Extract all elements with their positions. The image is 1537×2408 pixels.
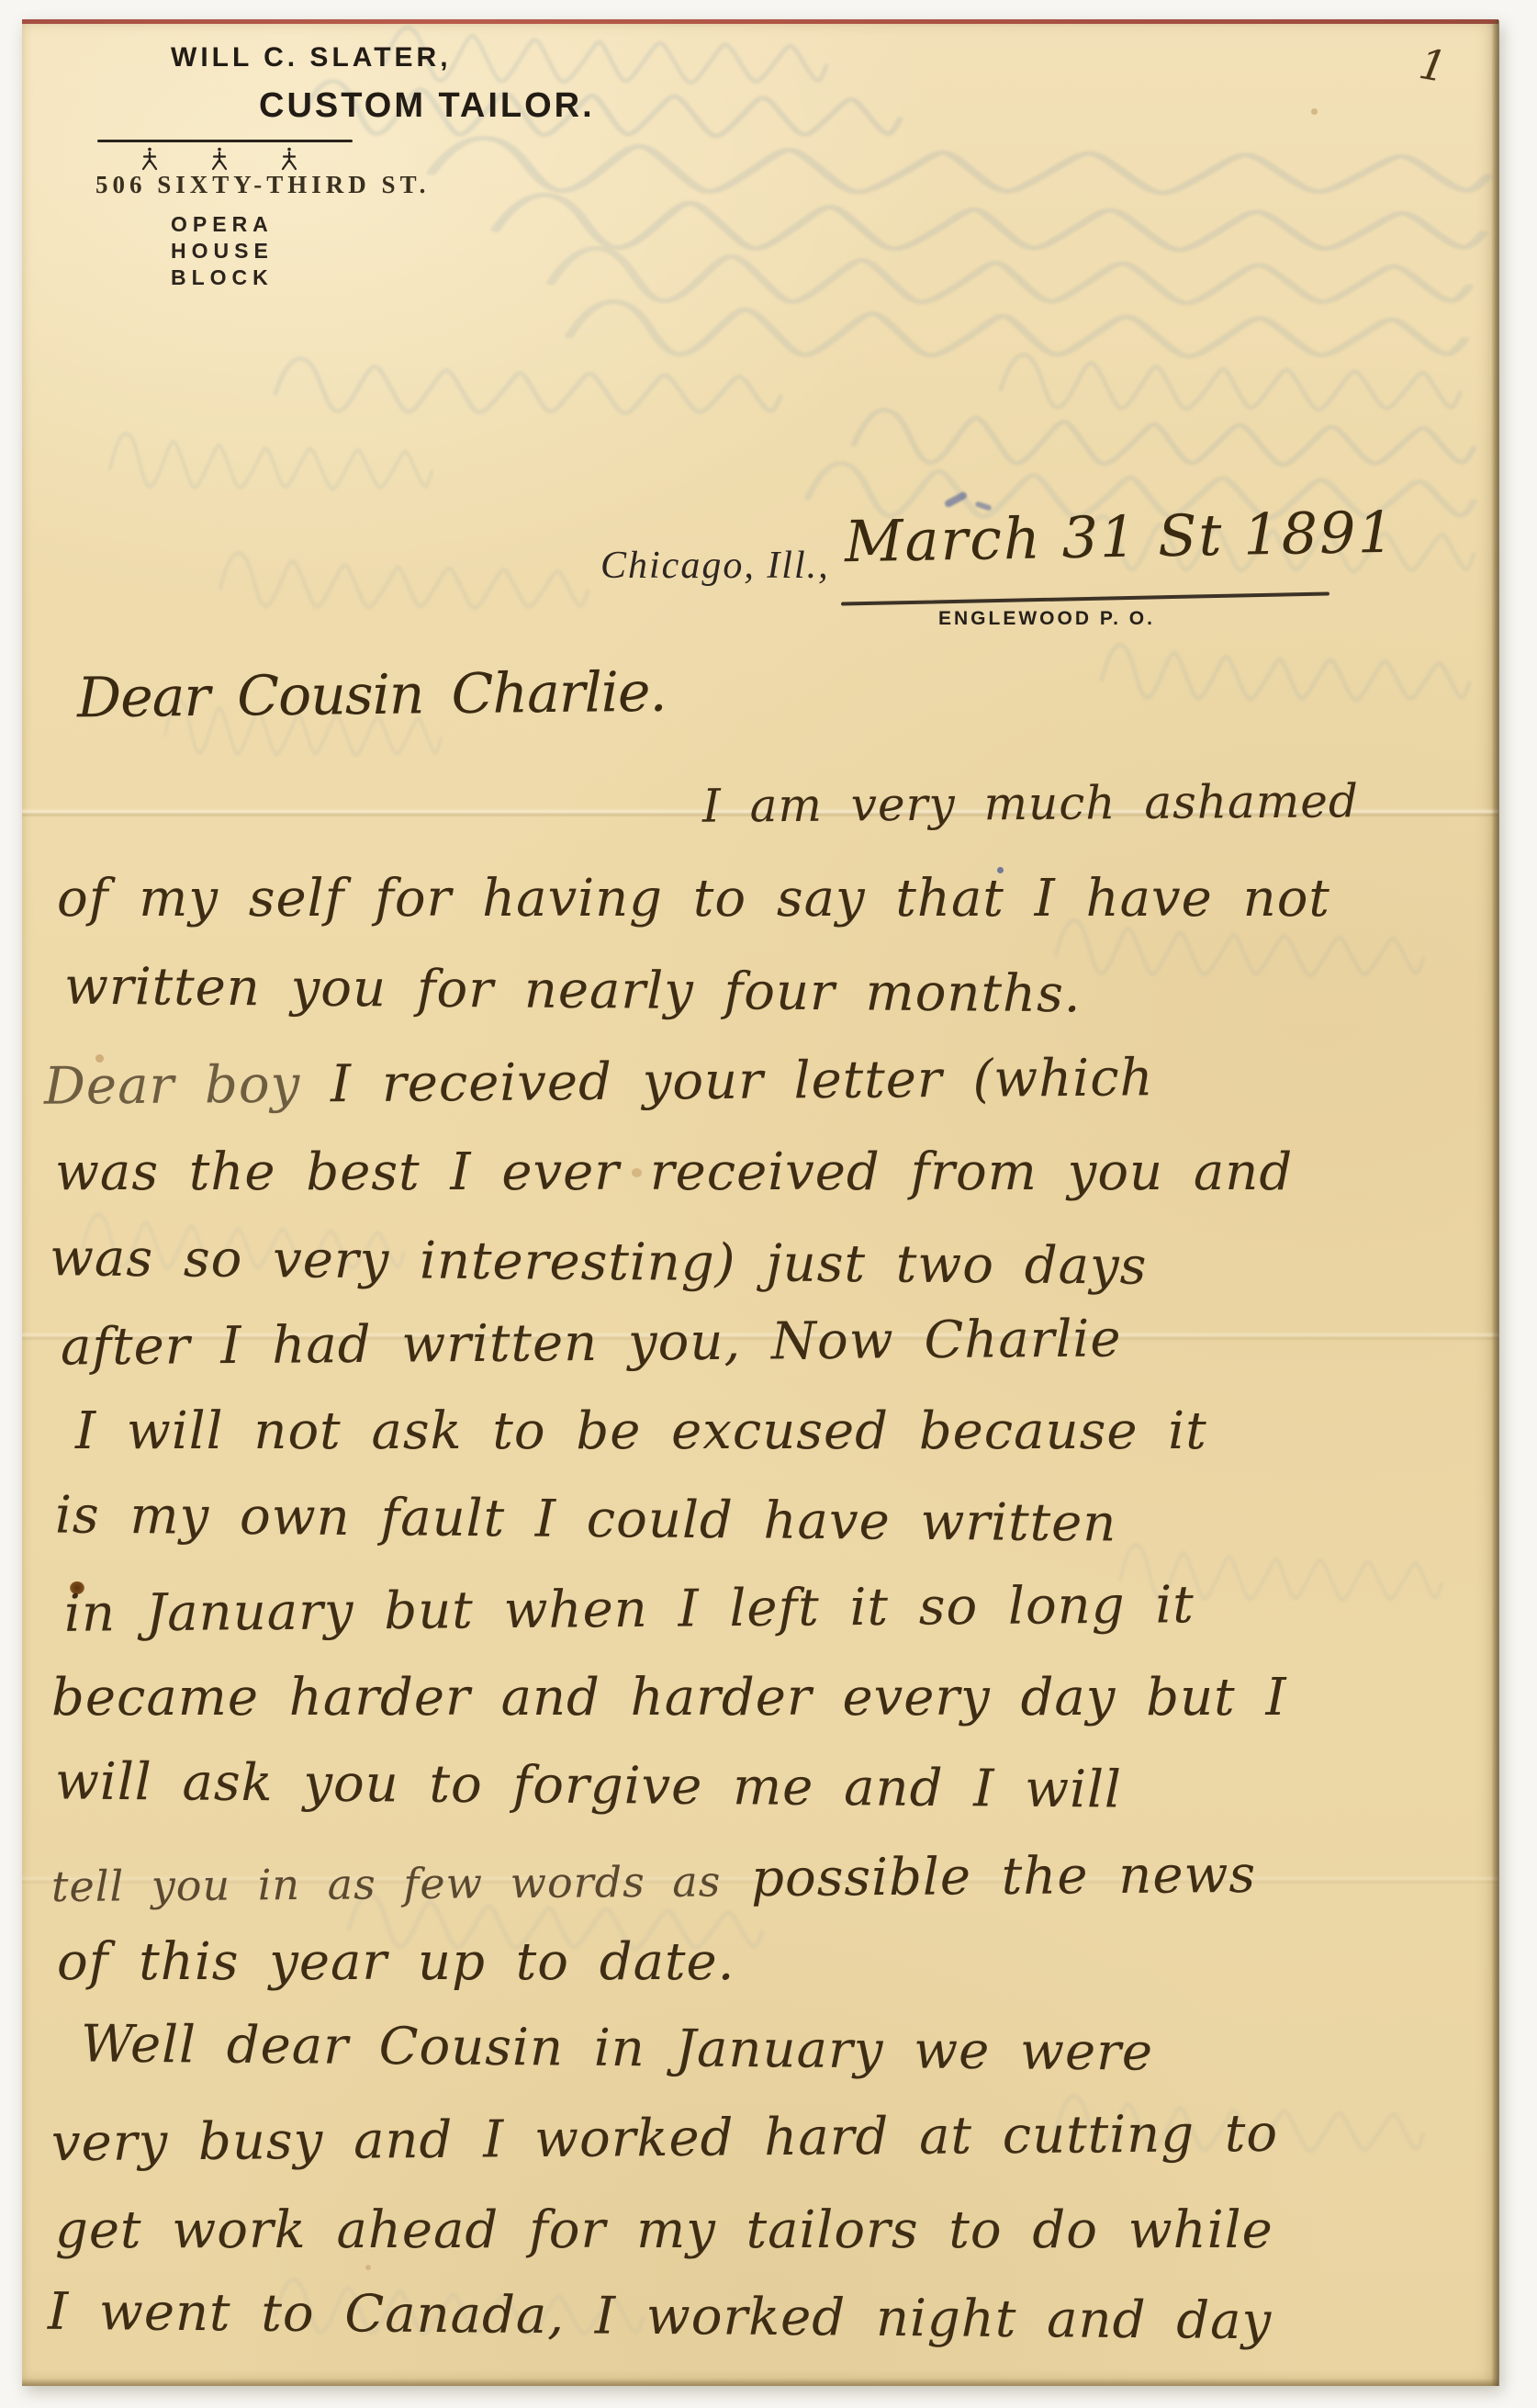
document-scan: WILL C. SLATER, CUSTOM TAILOR. 506 SIXTY… [0, 0, 1537, 2408]
handwriting-line: tell you in as few words as possible the… [51, 1845, 1257, 1914]
handwriting-line: will ask you to forgive me and I will [55, 1751, 1122, 1819]
handwriting-line: Dear boy I received your letter (which [44, 1048, 1154, 1116]
handwriting-line: I went to Canada, I worked night and day [48, 2282, 1273, 2351]
letterhead-building: OPERA HOUSE BLOCK [171, 211, 274, 291]
stain-spot [1311, 108, 1318, 115]
paper-edge [1491, 20, 1499, 2386]
ornament-mark-icon [140, 147, 160, 171]
handwriting-line: I will not ask to be excused because it [75, 1401, 1207, 1461]
ornament-mark-icon [209, 147, 230, 171]
building-line: BLOCK [171, 264, 274, 291]
printed-place: Chicago, Ill., [600, 544, 830, 588]
handwriting-line: is my own fault I could have written [55, 1485, 1117, 1553]
handwriting-segment-faded: tell you in as few words as [51, 1856, 722, 1911]
handwriting-line: Well dear Cousin in January we were [81, 2014, 1154, 2082]
handwriting-line: in January but when I left it so long it [64, 1575, 1195, 1644]
handwriting-line: was so very interesting) just two days [50, 1228, 1148, 1296]
handwriting-segment: I received your letter (which [300, 1048, 1154, 1114]
letterhead-name: WILL C. SLATER, [171, 42, 452, 73]
ornament-mark-icon [279, 147, 299, 171]
handwriting-segment-faded: Dear boy [44, 1055, 301, 1117]
handwriting-line: get work ahead for my tailors to do whil… [55, 2200, 1273, 2260]
handwriting-segment: possible the news [721, 1845, 1256, 1909]
handwriting-line: written you for nearly four months. [64, 957, 1082, 1025]
handwriting-line: I am very much ashamed [702, 774, 1359, 833]
letterhead-business: CUSTOM TAILOR. [259, 86, 595, 126]
handwriting-line: after I had written you, Now Charlie [61, 1309, 1122, 1377]
handwriting-line: of this year up to date. [57, 1932, 735, 1992]
handwriting-line: became harder and harder every day but I [51, 1668, 1287, 1727]
paper-edge [22, 2379, 1498, 2386]
handwriting-line: very busy and I worked hard at cutting t… [51, 2104, 1279, 2173]
building-line: OPERA [171, 211, 274, 238]
handwriting-line: was the best I ever received from you an… [55, 1142, 1293, 1202]
stain-spot [365, 2265, 371, 2270]
letterhead-address: 506 SIXTY-THIRD ST. [95, 171, 430, 199]
handwriting-line: of my self for having to say that I have… [57, 869, 1330, 928]
handwritten-date: March 31 St 1891 [844, 499, 1396, 575]
post-office: ENGLEWOOD P. O. [938, 608, 1155, 630]
salutation: Dear Cousin Charlie. [77, 660, 667, 731]
building-line: HOUSE [171, 238, 274, 264]
letterhead-rule [97, 140, 353, 142]
